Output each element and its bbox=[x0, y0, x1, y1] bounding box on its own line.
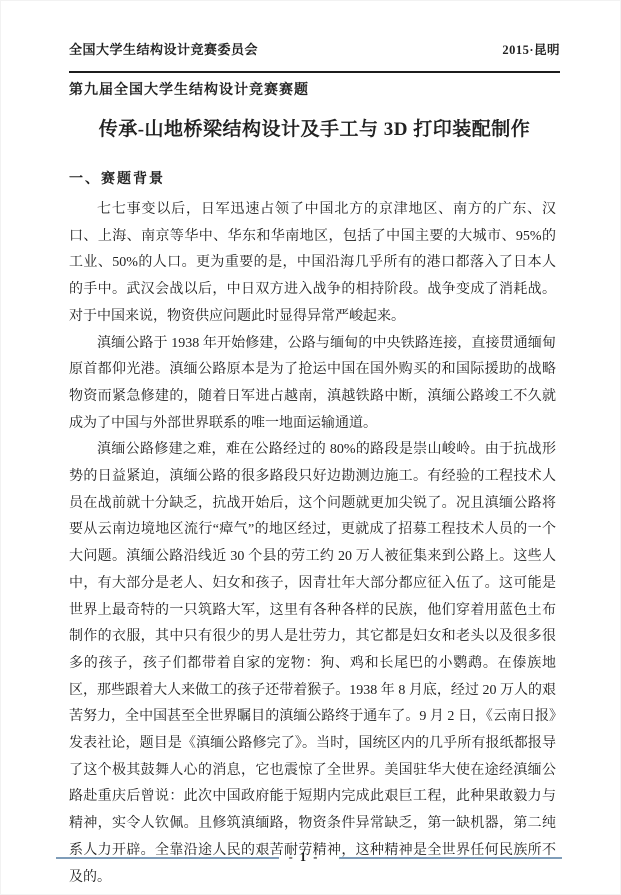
body-paragraph: 七七事变以后，日军迅速占领了中国北方的京津地区、南方的广东、汉口、上海、南京等华… bbox=[69, 197, 556, 331]
page-footer: - 1 - bbox=[56, 850, 562, 865]
header-rule bbox=[69, 71, 560, 73]
page-number: - 1 - bbox=[287, 850, 322, 865]
section-heading-background: 一、赛题背景 bbox=[69, 168, 165, 188]
header-year-city: 2015·昆明 bbox=[502, 40, 560, 58]
document-page: 全国大学生结构设计竞赛委员会 2015·昆明 第九届全国大学生结构设计竞赛赛题 … bbox=[0, 0, 621, 895]
body-paragraph: 滇缅公路于 1938 年开始修建，公路与缅甸的中央铁路连接，直接贯通缅甸原首都仰… bbox=[69, 331, 556, 438]
document-title: 传承-山地桥梁结构设计及手工与 3D 打印装配制作 bbox=[69, 114, 560, 141]
document-body: 七七事变以后，日军迅速占领了中国北方的京津地区、南方的广东、汉口、上海、南京等华… bbox=[69, 197, 556, 891]
footer-rule-left bbox=[56, 857, 279, 859]
body-paragraph: 滇缅公路修建之难，难在公路经过的 80%的路段是崇山峻岭。由于抗战形势的日益紧迫… bbox=[69, 437, 556, 891]
page-header: 全国大学生结构设计竞赛委员会 2015·昆明 第九届全国大学生结构设计竞赛赛题 bbox=[69, 39, 560, 99]
header-subtitle: 第九届全国大学生结构设计竞赛赛题 bbox=[69, 79, 560, 99]
footer-rule-right bbox=[339, 857, 562, 859]
header-committee-name: 全国大学生结构设计竞赛委员会 bbox=[69, 39, 258, 58]
